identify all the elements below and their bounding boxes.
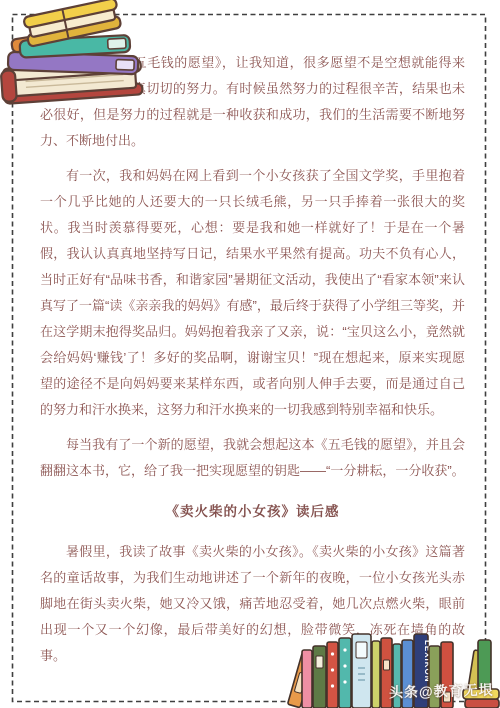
watermark: 头条@教育无垠 — [389, 680, 494, 703]
essay1-paragraph-2: 有一次，我和妈妈在网上看到一个小女孩获了全国文学奖，手里抱着一个几乎比她的人还要… — [40, 163, 465, 423]
essay-page: 看完这本《五毛钱的愿望》，让我知道，很多愿望不是空想就能得来的，需要付出真真切切… — [0, 0, 500, 708]
stacked-books-icon — [0, 0, 156, 110]
essay2-title: 《卖火柴的小女孩》读后感 — [40, 499, 465, 525]
essay1-paragraph-3: 每当我有了一个新的愿望，我就会想起这本《五毛钱的愿望》，并且会翻翻这本书，它，给… — [40, 432, 465, 484]
essay-content: 看完这本《五毛钱的愿望》，让我知道，很多愿望不是空想就能得来的，需要付出真真切切… — [40, 50, 465, 678]
